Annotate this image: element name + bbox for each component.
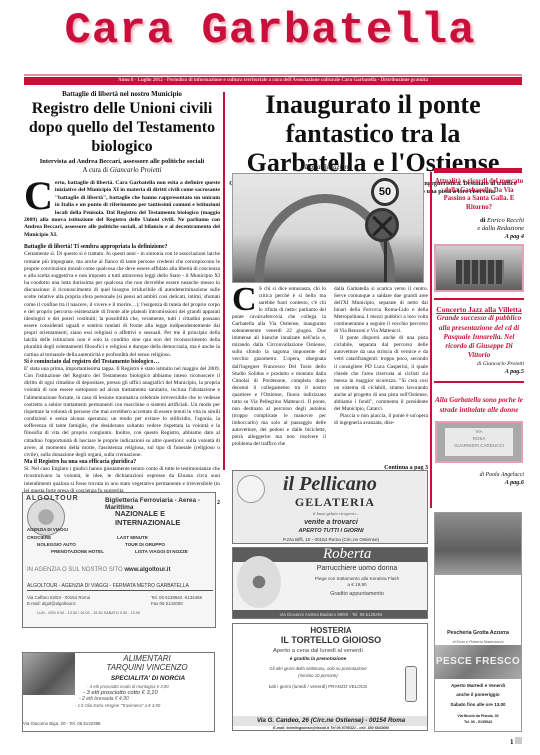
fax-line: Fax 06 5142000: [151, 601, 202, 607]
flower-icon: [237, 556, 281, 608]
sign-pole: [384, 240, 387, 283]
ad-price-list: - 3 etti prosciutto crudo di montagna € …: [73, 684, 215, 709]
banner-rule: [24, 74, 522, 76]
plaque-line: ROSA: [445, 435, 513, 442]
ad-bar: ALGOLTOUR - AGENZIA DI VIAGGI - FERMATA …: [27, 583, 213, 591]
ad-agency: AGENZIA DI VIAGGI: [27, 527, 68, 532]
ad-offer: Piega con trattamento alla Keratina Flas…: [289, 576, 425, 588]
article-subhead: Intervista ad Andrea Beccari, assessore …: [24, 158, 220, 165]
ad-line: venite a trovarci: [263, 519, 399, 526]
ad-pescheria[interactable]: Pescheria Grotta Azzurra di Enzo e Rober…: [434, 512, 522, 732]
article-column: dalla Garbatella si scarica verso il cen…: [334, 286, 428, 448]
main-byline: Dalla Redazione: [228, 163, 428, 171]
service-item: CROCIERE: [27, 535, 51, 541]
price-item: - 1 lt Olio Extra Vergine "Trasimeno" a …: [73, 703, 215, 709]
drop-cap: C: [24, 181, 53, 211]
ad-contact: E-mail: tortellogioioso@tiscali.it Tel 0…: [233, 726, 428, 730]
website-prefix: IN AGENZIA O SUL NOSTRO SITO: [27, 567, 124, 573]
ad-alimentari[interactable]: ALIMENTARI TARQUINI VINCENZO SPECIALITA'…: [22, 652, 215, 732]
ad-tagline: il buon gelato ricoperto...: [281, 511, 391, 516]
article-headline[interactable]: Registro delle Unioni civili dopo quello…: [24, 99, 220, 156]
ad-algoltour[interactable]: ALGOLTOUR Biglietteria Ferroviaria - Aer…: [22, 492, 216, 628]
ad-hosteria[interactable]: HOSTERIA IL TORTELLO GIOIOSO Aperto a ce…: [232, 623, 428, 731]
masthead: Cara Garbatella: [0, 0, 540, 62]
sidebar-title-jazz[interactable]: Concerto Jazz alla Villetta: [434, 305, 524, 314]
issue-banner: Anno 8 - Luglio 2012 - Periodico di info…: [24, 77, 522, 85]
lead-text: erto, battaglie di libertà. Cara Garbate…: [24, 180, 220, 238]
ad-title: HOSTERIA: [233, 626, 428, 635]
interview-answer: Certamente sì. Di questo si è trattato. …: [24, 251, 220, 358]
ad-address: Via Giacomo Biga, 20 - Tel. 06 5132398: [23, 721, 100, 726]
street-plaque: VIA ROSA GUARNIERI CARDUCCI: [445, 428, 513, 456]
ad-brand: il Pellicano: [283, 473, 377, 496]
ad-line: Aperto a cena dal lunedì al venerdì: [233, 648, 403, 654]
street-sign-photo: VIA ROSA GUARNIERI CARDUCCI: [435, 421, 523, 463]
ad-line: Gli altri giorni della settimana, solo s…: [233, 666, 403, 671]
article-byline: A cura di Giancarlo Proietti: [24, 166, 220, 174]
interview-answer: E' stata una prima, importantissima tapp…: [24, 366, 220, 459]
byline-prefix: di: [480, 217, 487, 224]
column-text: Il ponte disporrà anche di una pista cic…: [334, 335, 428, 413]
ad-address: Via Giovanni Andrea Badoero 88/90 - Tel.…: [233, 610, 428, 619]
service-item: TOUR DI GRUPPO: [125, 542, 165, 548]
ad-pellicano[interactable]: il Pellicano GELATERIA il buon gelato ri…: [232, 470, 428, 544]
page-reference[interactable]: A pag.5: [434, 368, 524, 375]
sidebar-divider: [434, 298, 524, 300]
interview-question: Ma il Registro ha una sua efficacia giur…: [24, 459, 220, 466]
sidebar-byline: di Enrico Recchi: [434, 217, 524, 225]
sidebar-headline-streets[interactable]: Alla Garbatella sono poche le strade int…: [434, 396, 524, 414]
interview-answer: Sì. Nel caso Englaro i giudici hanno giu…: [24, 466, 220, 495]
byline-prefix: A cura di: [82, 166, 109, 174]
ad-brand: ALGOLTOUR: [26, 495, 79, 502]
ad-phone: Tel. 06 5139564 -5134466 Fax 06 5142000: [151, 595, 202, 607]
byline-author: Giancarlo Proietti: [110, 166, 162, 174]
shop-photo: [23, 653, 75, 695]
title-line: ALIMENTARI: [79, 654, 215, 663]
left-article: Battaglie di libertà nel nostro Municipi…: [24, 90, 220, 506]
column-text: Piaccia o non piaccia, il ponte è un'ope…: [334, 413, 428, 427]
ad-address: Via Nicolò da Pistoia, 30: [435, 714, 521, 718]
page-reference[interactable]: A pag 4: [434, 233, 524, 240]
ad-line: NAZIONALE E INTERNAZIONALE: [115, 509, 215, 527]
drop-cap: C: [232, 287, 257, 313]
sidebar-byline: e dalla Redazione: [434, 225, 524, 233]
email-line: E-mail: algol@algoltour.it: [27, 601, 90, 607]
ad-line: Sabato fino alle ore 13.00: [435, 702, 521, 707]
ad-line: Gradito appuntamento: [289, 591, 425, 597]
sidebar-headline-market[interactable]: Attualità e ricordi del mercato della Ga…: [434, 178, 524, 212]
article-lead: Certo, battaglie di libertà. Cara Garbat…: [24, 180, 220, 239]
main-article-body: C'è chi si dice entusiasta, chi lo criti…: [232, 286, 428, 448]
newspaper-title: Cara Garbatella: [0, 0, 540, 62]
ad-address: Via Caffaro 52/54 - 00154 Roma E-mail: a…: [27, 595, 90, 607]
website-url[interactable]: www.algoltour.it: [124, 567, 170, 573]
ad-hours: LUN - VEN 9.00 - 13.30 / 16.00 - 19.30 S…: [37, 611, 140, 615]
ad-address: Via G. Candeo, 26 (Circ.ne Ostiense) - 0…: [233, 716, 428, 726]
ad-roberta[interactable]: Roberta Parrucchiere uomo donna Piega co…: [232, 547, 428, 619]
ad-address: P.zza Biffi, 10 - 00154 Roma (Circ.ne Os…: [233, 537, 428, 542]
shop-photo: [435, 513, 521, 575]
byline-author: Enrico Recchi: [487, 217, 524, 224]
ad-website: IN AGENZIA O SUL NOSTRO SITO www.algolto…: [27, 567, 170, 573]
service-item: LAST MINUTE: [117, 535, 148, 541]
bridge-photo: 50: [232, 173, 424, 283]
ad-specialty: SPECIALITA' DI NORCIA: [83, 675, 213, 682]
no-stopping-sign-icon: [365, 208, 399, 242]
sidebar-headline-jazz: Grande successo di pubblico alla present…: [434, 314, 524, 360]
offer-price: a € 19,90: [289, 582, 425, 588]
plaque-line: VIA: [445, 428, 513, 435]
ad-brand: Roberta: [323, 547, 371, 563]
ad-line: Parrucchiere uomo donna: [289, 565, 425, 572]
service-item: PRENOTAZIONE HOTEL: [51, 549, 104, 555]
ad-type: GELATERIA: [275, 495, 395, 510]
ad-line: anche il pomeriggio: [435, 692, 521, 697]
bottle-icon: [405, 666, 417, 702]
ad-line: è gradita la prenotazione: [233, 657, 403, 662]
page-reference[interactable]: A pag.6: [434, 479, 524, 486]
interview-question: Battaglie di libertà! Ti sembra appropri…: [24, 244, 220, 251]
ice-cream-icon: [237, 475, 265, 503]
ad-title: IL TORTELLO GIOIOSO: [233, 635, 428, 645]
service-item: NOLEGGIO AUTO: [37, 542, 76, 548]
sidebar-divider: [434, 381, 524, 383]
title-line: TARQUINI VINCENZO: [79, 663, 215, 672]
ad-brand: Pescheria Grotta Azzurra: [435, 630, 521, 636]
sidebar: Attualità e ricordi del mercato della Ga…: [434, 172, 524, 486]
sidebar-byline: di Paola Angelucci: [434, 471, 524, 479]
column-divider: [430, 172, 432, 508]
ad-line: APERTO TUTTI I GIORNI: [263, 528, 399, 534]
ad-line: Aperto Martedì e Venerdì: [435, 683, 521, 688]
article-kicker: Battaglie di libertà nel nostro Municipi…: [24, 90, 220, 98]
ad-phone: Tel. 06 - 5135543: [435, 720, 521, 724]
article-column: C'è chi si dice entusiasta, chi lo criti…: [232, 286, 326, 448]
sidebar-byline: di Giancarlo Proietti: [434, 360, 524, 368]
column-text: dalla Garbatella si scarica verso il cen…: [334, 286, 428, 335]
market-photo: [434, 244, 524, 292]
page-number: 1: [510, 738, 514, 746]
plaque-line: GUARNIERI CARDUCCI: [445, 442, 513, 449]
ad-title: ALIMENTARI TARQUINI VINCENZO: [79, 654, 215, 672]
ad-line: (minimo 10 persone): [233, 673, 403, 678]
interview-question: Si è cominciato dal registro del Testame…: [24, 359, 220, 366]
speed-limit-sign: 50: [371, 178, 399, 206]
ad-owners: di Enzo e Roberto Mastroianni: [435, 640, 521, 644]
ad-banner: PESCE FRESCO: [435, 645, 521, 679]
page-marker: [515, 737, 522, 744]
service-item: LISTA VIAGGI DI NOZZE: [135, 549, 188, 555]
ad-line: tutti i giorni (lunedì / venerdì) PRANZO…: [233, 684, 403, 689]
column-divider: [223, 92, 225, 470]
